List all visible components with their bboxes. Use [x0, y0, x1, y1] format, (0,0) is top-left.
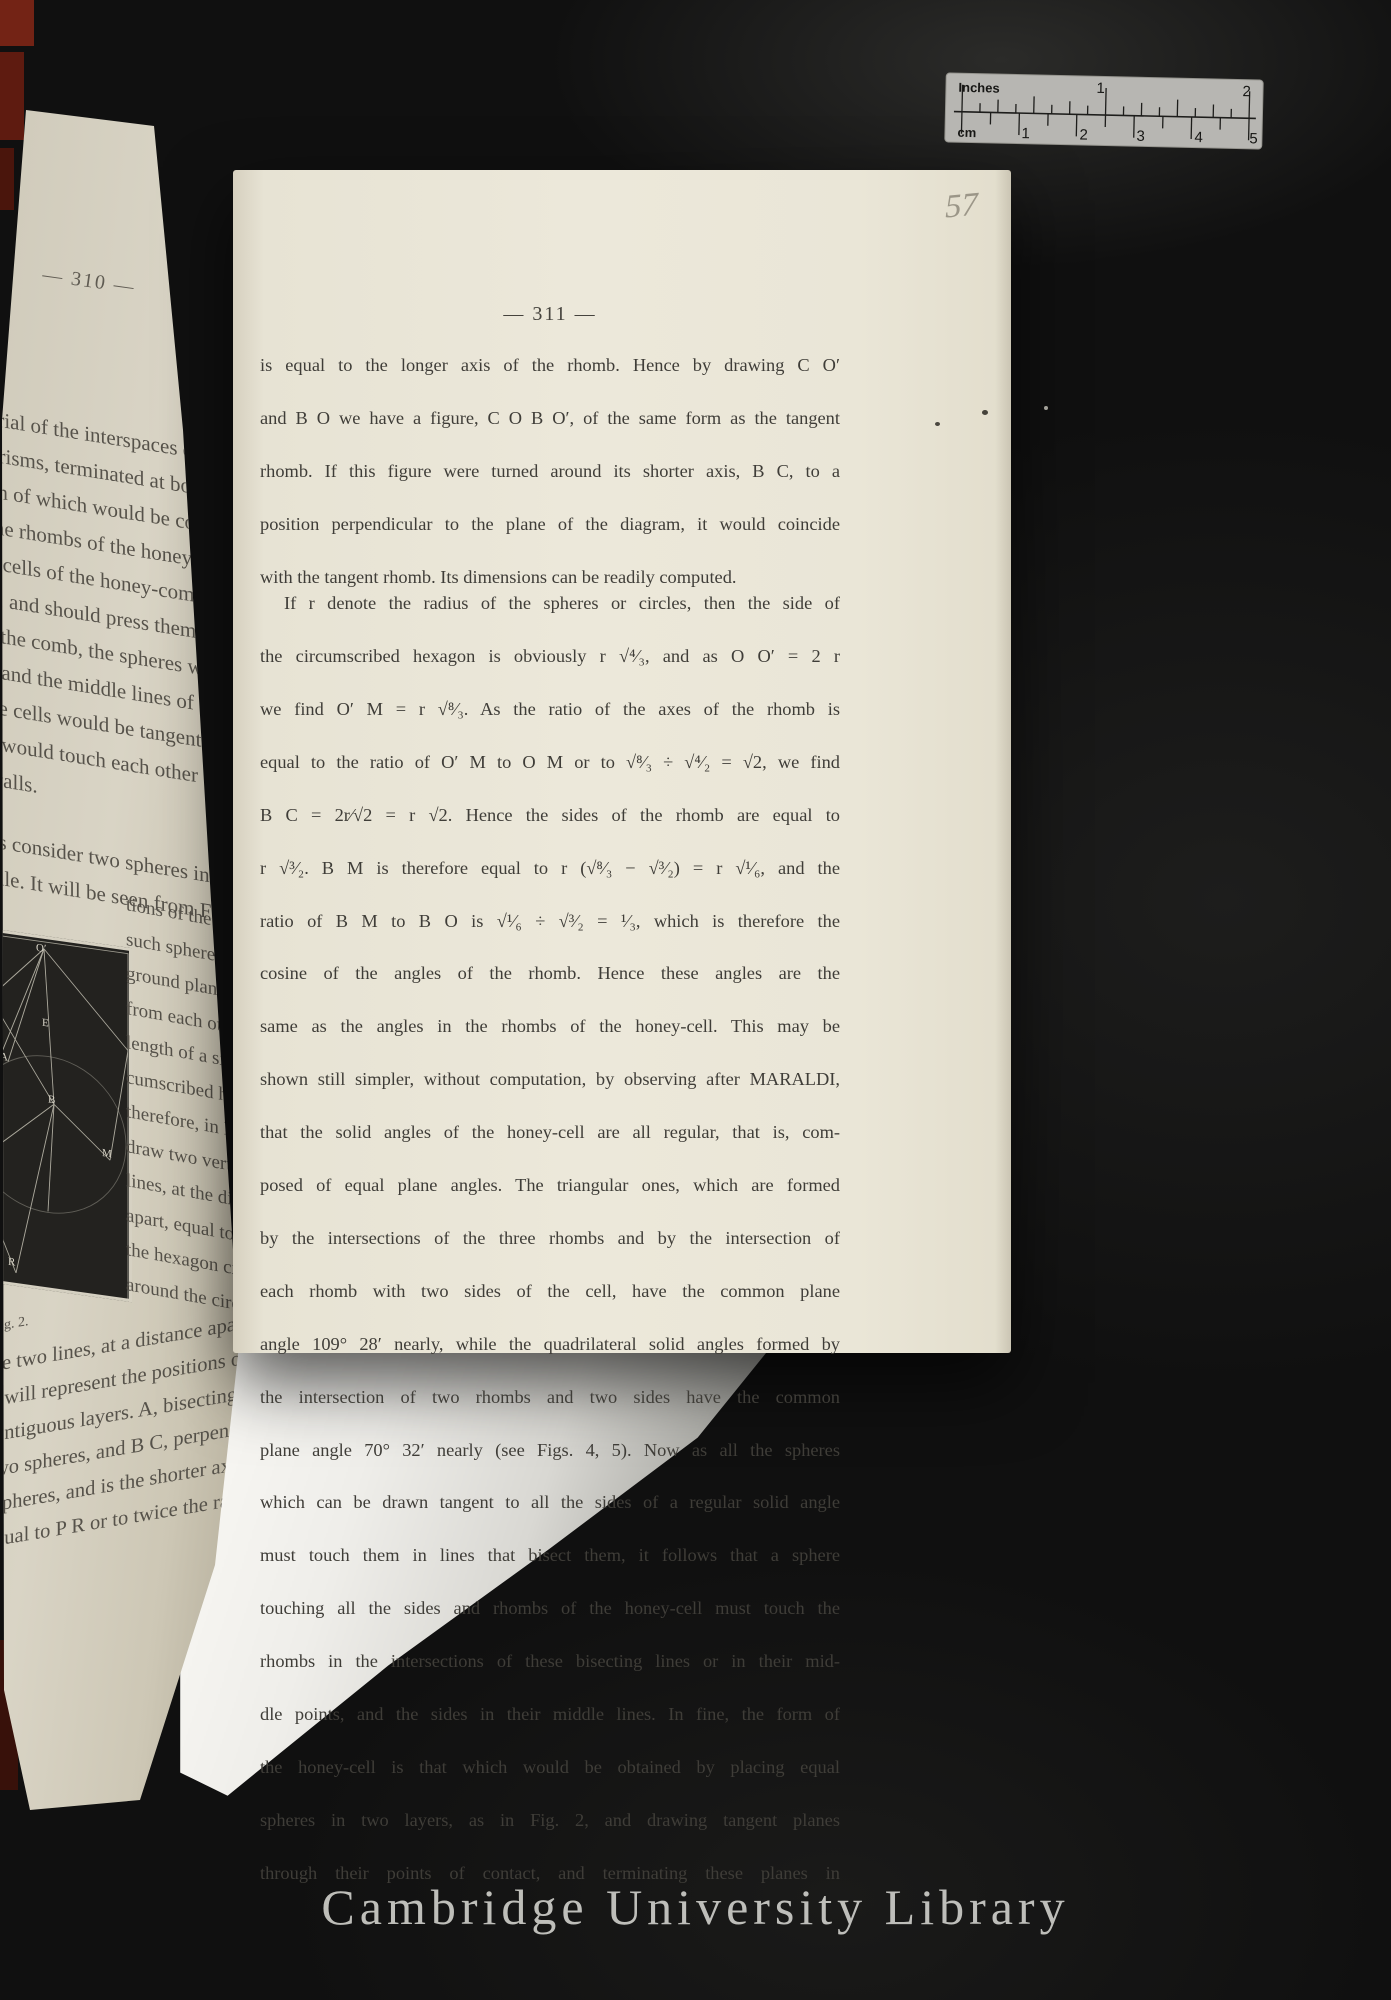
figure-label-e: E — [42, 1017, 49, 1030]
ruler-cm-number: 4 — [1194, 129, 1203, 146]
body-line: spheres in two layers, as in Fig. 2, and… — [260, 1807, 840, 1860]
body-line: B C = 2r⁄√2 = r √2. Hence the sides of t… — [260, 802, 840, 855]
ruler-cm-number: 1 — [1021, 125, 1030, 142]
figure-label-r: R — [8, 1256, 15, 1269]
ruler-inches-label: Inches — [958, 80, 1000, 96]
body-line: equal to the ratio of O′ M to O M or to … — [260, 749, 840, 802]
body-line: we find O′ M = r √⁸⁄₃. As the ratio of t… — [260, 696, 840, 749]
body-line: which can be drawn tangent to all the si… — [260, 1489, 840, 1542]
left-page-number: — 310 — — [41, 264, 137, 300]
figure-label-b: B — [48, 1093, 55, 1106]
book-photograph: — 310 — erial of the interspaces or corn… — [0, 0, 1391, 2000]
body-line: the intersection of two rhombs and two s… — [260, 1384, 840, 1437]
ink-speck — [982, 410, 988, 415]
body-line: touching all the sides and rhombs of the… — [260, 1595, 840, 1648]
body-line: cosine of the angles of the rhomb. Hence… — [260, 960, 840, 1013]
page-body-text: is equal to the longer axis of the rhomb… — [260, 352, 840, 1913]
ruler-inch-number: 1 — [1096, 80, 1105, 97]
body-line: the honey-cell is that which would be ob… — [260, 1754, 840, 1807]
body-line: and B O we have a figure, C O B O′, of t… — [260, 405, 840, 458]
book-cover-edge — [0, 148, 14, 210]
figure-2-caption: g. 2. — [4, 1314, 29, 1334]
ruler-inch-number: 2 — [1242, 83, 1251, 100]
body-line: posed of equal plane angles. The triangu… — [260, 1172, 840, 1225]
pencil-folio-number: 57 — [945, 187, 979, 227]
body-line: that the solid angles of the honey-cell … — [260, 1119, 840, 1172]
body-line: If r denote the radius of the spheres or… — [260, 590, 840, 643]
ruler-cm-number: 3 — [1136, 128, 1145, 145]
figure-label-a: A — [0, 1051, 8, 1064]
body-line: angle 109° 28′ nearly, while the quadril… — [260, 1331, 840, 1384]
body-line: rhomb. If this figure were turned around… — [260, 458, 840, 511]
body-line: shown still simpler, without computation… — [260, 1066, 840, 1119]
body-line: same as the angles in the rhombs of the … — [260, 1013, 840, 1066]
ink-speck — [935, 422, 940, 426]
body-line: the circumscribed hexagon is obviously r… — [260, 643, 840, 696]
right-page: — 311 — is equal to the longer axis of t… — [233, 170, 1011, 1353]
body-line: by the intersections of the three rhombs… — [260, 1225, 840, 1278]
ruler-cm-number: 2 — [1079, 126, 1088, 143]
body-line: r √³⁄₂. B M is therefore equal to r (√⁸⁄… — [260, 855, 840, 908]
body-line: is equal to the longer axis of the rhomb… — [260, 352, 840, 405]
page-number: — 311 — — [260, 303, 840, 326]
ruler: Inches cm 1 2 1 2 3 4 5 — [944, 72, 1264, 149]
body-line: must touch them in lines that bisect the… — [260, 1542, 840, 1595]
library-watermark: Cambridge University Library — [0, 1878, 1391, 1936]
figure-2-plate: O′ E A B M R — [0, 928, 132, 1302]
body-line: ratio of B M to B O is √¹⁄₆ ÷ √³⁄₂ = ¹⁄₃… — [260, 908, 840, 961]
figure-label-o-prime: O′ — [36, 942, 46, 955]
ruler-cm-label: cm — [957, 125, 976, 140]
left-page: — 310 — erial of the interspaces or corn… — [0, 0, 252, 1815]
body-line: each rhomb with two sides of the cell, h… — [260, 1278, 840, 1331]
body-line: plane angle 70° 32′ nearly (see Figs. 4,… — [260, 1437, 840, 1490]
book-cover-edge — [0, 52, 24, 140]
figure-2-drawing — [0, 931, 132, 1305]
book-cover-edge — [0, 0, 34, 46]
dust-speck — [1044, 406, 1048, 410]
body-line: dle points, and the sides in their middl… — [260, 1701, 840, 1754]
figure-label-m: M — [102, 1147, 112, 1160]
body-line: with the tangent rhomb. Its dimensions c… — [260, 564, 840, 590]
ruler-cm-ticks — [961, 112, 1249, 141]
ruler-cm-number: 5 — [1249, 130, 1258, 147]
ruler-scale: Inches cm 1 2 1 2 3 4 5 — [945, 73, 1265, 150]
body-line: rhombs in the intersections of these bis… — [260, 1648, 840, 1701]
body-line: position perpendicular to the plane of t… — [260, 511, 840, 564]
